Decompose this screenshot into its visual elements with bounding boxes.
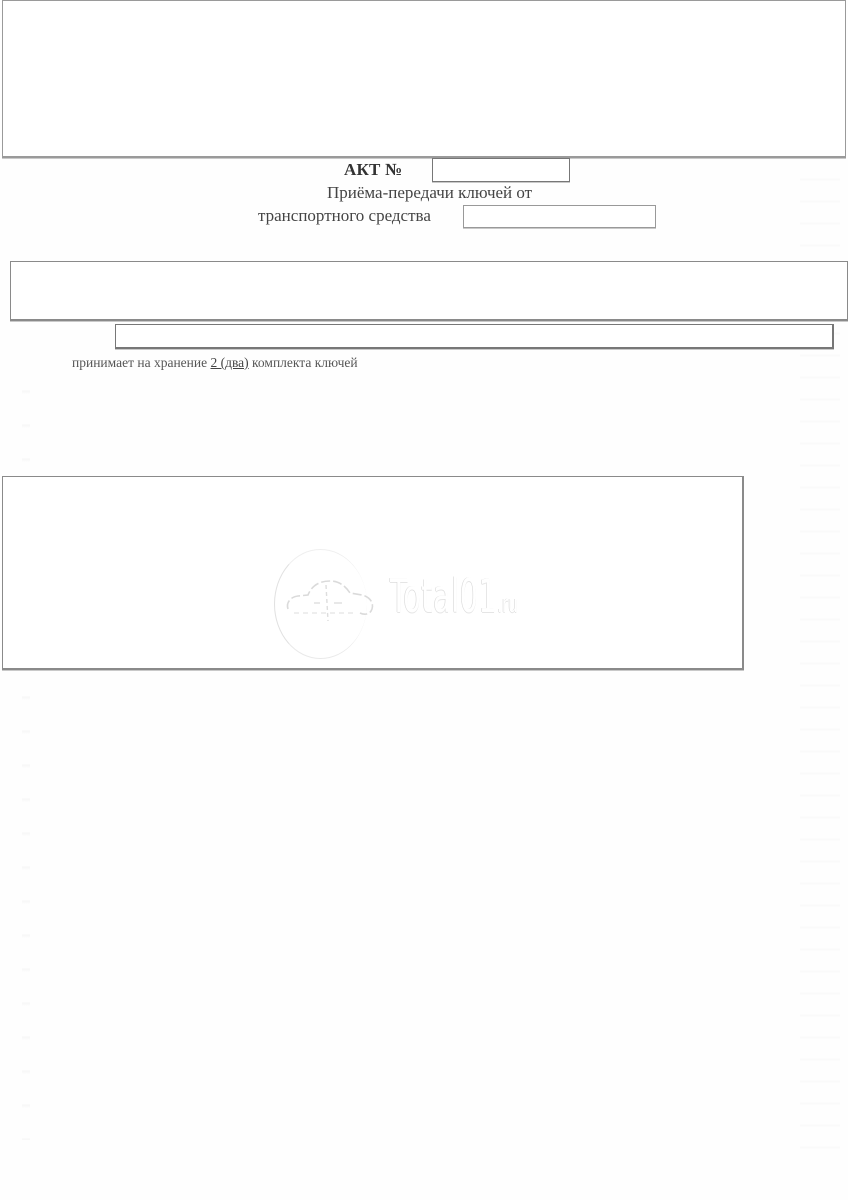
- act-title: АКТ №: [344, 160, 402, 180]
- act-number-field: [432, 158, 570, 182]
- keys-statement: принимает на хранение 2 (два) комплекта …: [72, 355, 358, 371]
- watermark-text: Total01.ru: [390, 569, 518, 623]
- keys-text-after: комплекта ключей: [249, 355, 358, 370]
- keys-count: 2 (два): [210, 355, 248, 370]
- car-logo-icon: [284, 575, 376, 625]
- act-subtitle-line1: Приёма-передачи ключей от: [327, 183, 532, 203]
- receiver-field: [115, 324, 834, 349]
- act-subtitle-line2: транспортного средства: [258, 206, 431, 226]
- watermark: Total01.ru: [272, 545, 592, 665]
- header-redaction-box: [2, 0, 846, 158]
- document-page: АКТ № Приёма-передачи ключей от транспор…: [0, 0, 848, 1200]
- vehicle-field: [463, 205, 656, 228]
- party-redaction-box: [10, 261, 848, 321]
- keys-text-before: принимает на хранение: [72, 355, 210, 370]
